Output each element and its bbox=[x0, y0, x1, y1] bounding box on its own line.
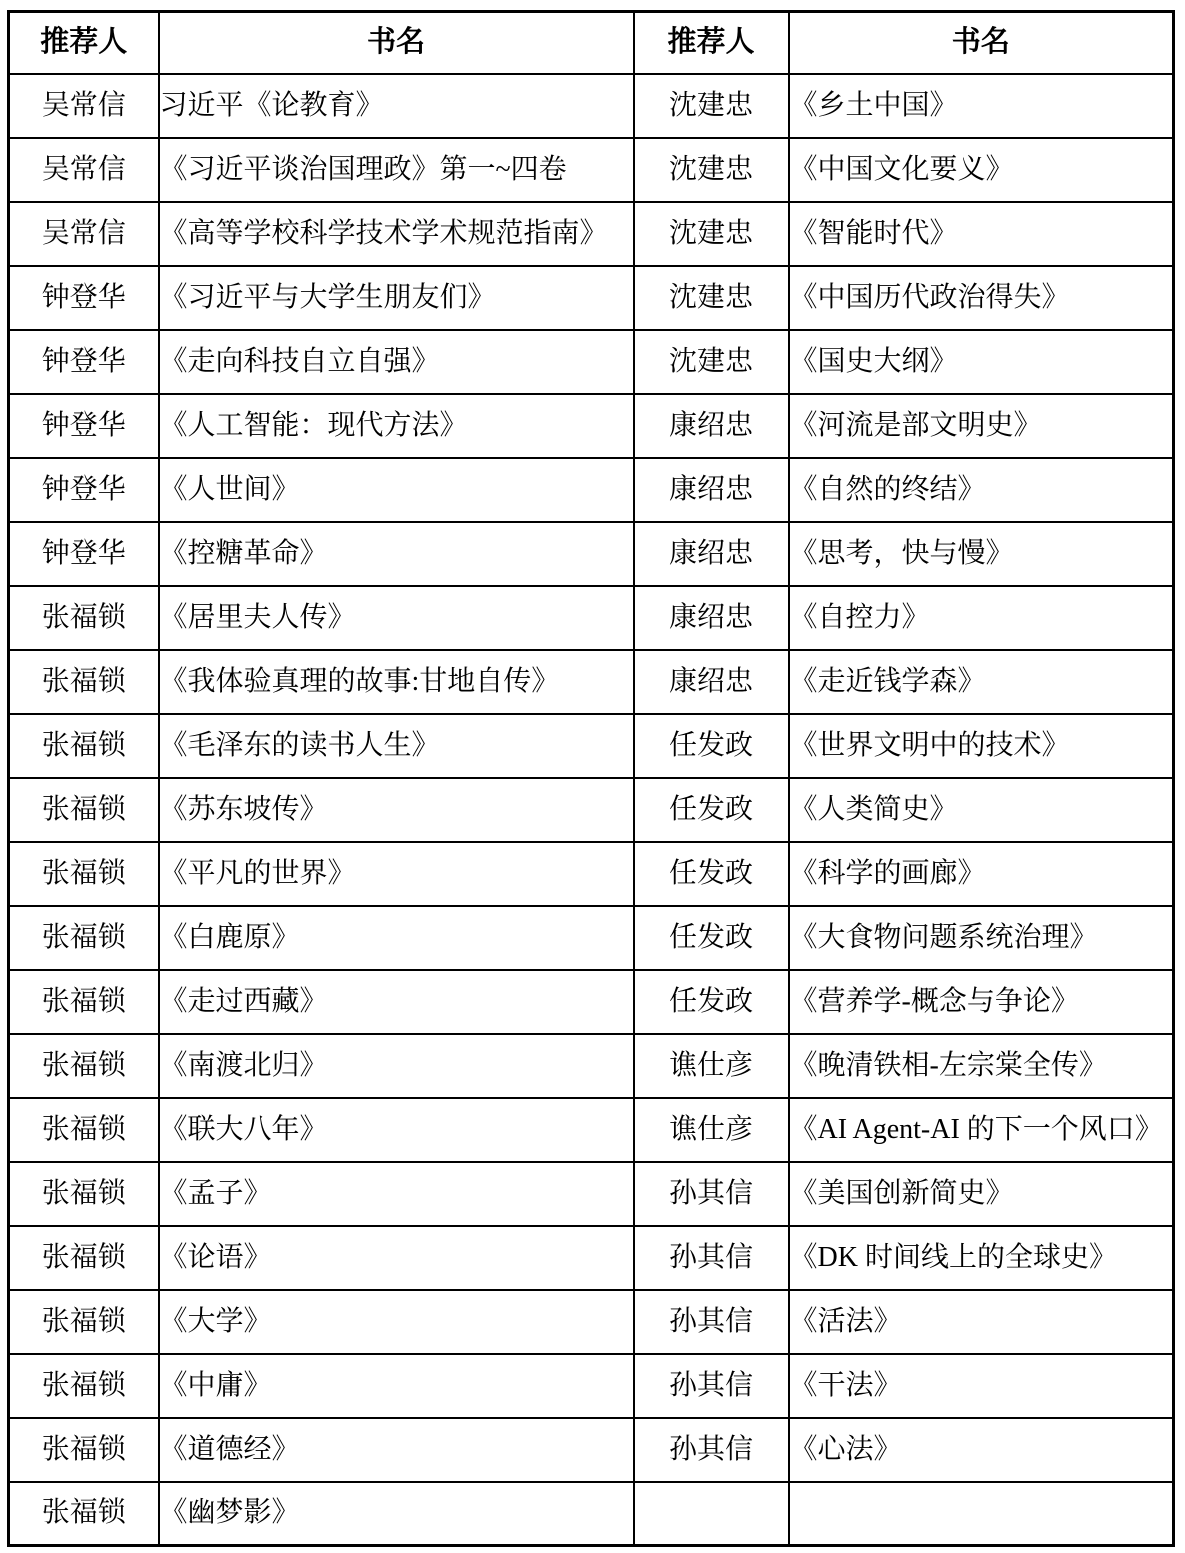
recommender-cell: 任发政 bbox=[634, 714, 789, 778]
book-title-cell: 《科学的画廊》 bbox=[789, 842, 1174, 906]
table-row: 张福锁《白鹿原》任发政《大食物问题系统治理》 bbox=[9, 906, 1174, 970]
table-row: 张福锁《中庸》孙其信《干法》 bbox=[9, 1354, 1174, 1418]
recommender-cell bbox=[634, 1482, 789, 1546]
book-title-cell: 《大学》 bbox=[159, 1290, 634, 1354]
table-row: 张福锁《走过西藏》任发政《营养学-概念与争论》 bbox=[9, 970, 1174, 1034]
book-title-cell: 《白鹿原》 bbox=[159, 906, 634, 970]
recommender-cell: 康绍忠 bbox=[634, 650, 789, 714]
recommender-cell: 康绍忠 bbox=[634, 586, 789, 650]
recommender-cell: 孙其信 bbox=[634, 1418, 789, 1482]
book-title-cell: 《居里夫人传》 bbox=[159, 586, 634, 650]
recommender-cell: 张福锁 bbox=[9, 1482, 159, 1546]
book-title-cell: 《晚清铁相-左宗棠全传》 bbox=[789, 1034, 1174, 1098]
recommender-cell: 张福锁 bbox=[9, 1418, 159, 1482]
book-title-cell: 习近平《论教育》 bbox=[159, 74, 634, 138]
recommender-cell: 张福锁 bbox=[9, 1034, 159, 1098]
book-title-cell: 《人世间》 bbox=[159, 458, 634, 522]
table-row: 吴常信《高等学校科学技术学术规范指南》沈建忠《智能时代》 bbox=[9, 202, 1174, 266]
book-title-cell: 《智能时代》 bbox=[789, 202, 1174, 266]
book-title-cell: 《毛泽东的读书人生》 bbox=[159, 714, 634, 778]
table-row: 钟登华《人工智能：现代方法》康绍忠《河流是部文明史》 bbox=[9, 394, 1174, 458]
book-title-cell: 《心法》 bbox=[789, 1418, 1174, 1482]
book-title-cell: 《控糖革命》 bbox=[159, 522, 634, 586]
book-title-cell: 《苏东坡传》 bbox=[159, 778, 634, 842]
recommender-cell: 谯仕彦 bbox=[634, 1034, 789, 1098]
book-title-cell: 《论语》 bbox=[159, 1226, 634, 1290]
book-title-cell: 《人类简史》 bbox=[789, 778, 1174, 842]
book-title-cell: 《中庸》 bbox=[159, 1354, 634, 1418]
book-title-cell: 《营养学-概念与争论》 bbox=[789, 970, 1174, 1034]
recommender-cell: 康绍忠 bbox=[634, 394, 789, 458]
recommender-cell: 张福锁 bbox=[9, 714, 159, 778]
book-title-cell: 《自然的终结》 bbox=[789, 458, 1174, 522]
book-title-cell: 《孟子》 bbox=[159, 1162, 634, 1226]
table-row: 张福锁《平凡的世界》任发政《科学的画廊》 bbox=[9, 842, 1174, 906]
recommender-cell: 张福锁 bbox=[9, 1290, 159, 1354]
recommender-cell: 孙其信 bbox=[634, 1226, 789, 1290]
book-title-cell: 《活法》 bbox=[789, 1290, 1174, 1354]
recommender-cell: 张福锁 bbox=[9, 1162, 159, 1226]
recommender-cell: 孙其信 bbox=[634, 1162, 789, 1226]
header-row: 推荐人 书名 推荐人 书名 bbox=[9, 12, 1174, 74]
recommender-cell: 任发政 bbox=[634, 970, 789, 1034]
recommender-cell: 沈建忠 bbox=[634, 138, 789, 202]
recommender-cell: 吴常信 bbox=[9, 74, 159, 138]
recommender-cell: 任发政 bbox=[634, 842, 789, 906]
recommender-cell: 张福锁 bbox=[9, 1226, 159, 1290]
table-row: 吴常信习近平《论教育》沈建忠《乡土中国》 bbox=[9, 74, 1174, 138]
book-title-cell: 《我体验真理的故事:甘地自传》 bbox=[159, 650, 634, 714]
table-row: 张福锁《道德经》孙其信《心法》 bbox=[9, 1418, 1174, 1482]
recommender-cell: 沈建忠 bbox=[634, 266, 789, 330]
book-title-cell: 《河流是部文明史》 bbox=[789, 394, 1174, 458]
header-recommender-right: 推荐人 bbox=[634, 12, 789, 74]
table-header: 推荐人 书名 推荐人 书名 bbox=[9, 12, 1174, 74]
table-row: 张福锁《南渡北归》谯仕彦《晚清铁相-左宗棠全传》 bbox=[9, 1034, 1174, 1098]
table-row: 张福锁《我体验真理的故事:甘地自传》康绍忠《走近钱学森》 bbox=[9, 650, 1174, 714]
book-title-cell: 《联大八年》 bbox=[159, 1098, 634, 1162]
book-title-cell: 《幽梦影》 bbox=[159, 1482, 634, 1546]
book-title-cell: 《走近钱学森》 bbox=[789, 650, 1174, 714]
recommender-cell: 张福锁 bbox=[9, 1354, 159, 1418]
recommender-cell: 钟登华 bbox=[9, 394, 159, 458]
recommender-cell: 张福锁 bbox=[9, 650, 159, 714]
table-row: 张福锁《幽梦影》 bbox=[9, 1482, 1174, 1546]
recommender-cell: 钟登华 bbox=[9, 266, 159, 330]
table-row: 张福锁《大学》孙其信《活法》 bbox=[9, 1290, 1174, 1354]
recommender-cell: 沈建忠 bbox=[634, 74, 789, 138]
recommender-cell: 孙其信 bbox=[634, 1290, 789, 1354]
header-book-title-left: 书名 bbox=[159, 12, 634, 74]
recommender-cell: 钟登华 bbox=[9, 458, 159, 522]
book-title-cell: 《思考，快与慢》 bbox=[789, 522, 1174, 586]
book-title-cell: 《乡土中国》 bbox=[789, 74, 1174, 138]
book-title-cell: 《走过西藏》 bbox=[159, 970, 634, 1034]
recommender-cell: 张福锁 bbox=[9, 842, 159, 906]
recommender-cell: 沈建忠 bbox=[634, 330, 789, 394]
recommender-cell: 钟登华 bbox=[9, 330, 159, 394]
recommender-cell: 张福锁 bbox=[9, 1098, 159, 1162]
recommender-cell: 吴常信 bbox=[9, 202, 159, 266]
book-title-cell: 《世界文明中的技术》 bbox=[789, 714, 1174, 778]
table-row: 张福锁《孟子》孙其信《美国创新简史》 bbox=[9, 1162, 1174, 1226]
book-title-cell: 《美国创新简史》 bbox=[789, 1162, 1174, 1226]
book-title-cell: 《中国历代政治得失》 bbox=[789, 266, 1174, 330]
book-title-cell: 《平凡的世界》 bbox=[159, 842, 634, 906]
table-row: 钟登华《习近平与大学生朋友们》沈建忠《中国历代政治得失》 bbox=[9, 266, 1174, 330]
recommender-cell: 康绍忠 bbox=[634, 458, 789, 522]
recommender-cell: 谯仕彦 bbox=[634, 1098, 789, 1162]
book-title-cell: 《自控力》 bbox=[789, 586, 1174, 650]
book-title-cell: 《走向科技自立自强》 bbox=[159, 330, 634, 394]
header-book-title-right: 书名 bbox=[789, 12, 1174, 74]
book-title-cell: 《习近平与大学生朋友们》 bbox=[159, 266, 634, 330]
book-title-cell bbox=[789, 1482, 1174, 1546]
book-title-cell: 《国史大纲》 bbox=[789, 330, 1174, 394]
recommender-cell: 钟登华 bbox=[9, 522, 159, 586]
table-row: 张福锁《联大八年》谯仕彦《AI Agent-AI 的下一个风口》 bbox=[9, 1098, 1174, 1162]
table-body: 吴常信习近平《论教育》沈建忠《乡土中国》吴常信《习近平谈治国理政》第一~四卷沈建… bbox=[9, 74, 1174, 1546]
table-row: 钟登华《控糖革命》康绍忠《思考，快与慢》 bbox=[9, 522, 1174, 586]
recommender-cell: 张福锁 bbox=[9, 586, 159, 650]
book-title-cell: 《高等学校科学技术学术规范指南》 bbox=[159, 202, 634, 266]
recommender-cell: 吴常信 bbox=[9, 138, 159, 202]
book-title-cell: 《习近平谈治国理政》第一~四卷 bbox=[159, 138, 634, 202]
recommender-cell: 任发政 bbox=[634, 778, 789, 842]
header-recommender-left: 推荐人 bbox=[9, 12, 159, 74]
recommender-cell: 张福锁 bbox=[9, 970, 159, 1034]
book-title-cell: 《人工智能：现代方法》 bbox=[159, 394, 634, 458]
table-row: 张福锁《苏东坡传》任发政《人类简史》 bbox=[9, 778, 1174, 842]
book-title-cell: 《中国文化要义》 bbox=[789, 138, 1174, 202]
book-title-cell: 《大食物问题系统治理》 bbox=[789, 906, 1174, 970]
table-row: 钟登华《走向科技自立自强》沈建忠《国史大纲》 bbox=[9, 330, 1174, 394]
table-row: 钟登华《人世间》康绍忠《自然的终结》 bbox=[9, 458, 1174, 522]
book-title-cell: 《DK 时间线上的全球史》 bbox=[789, 1226, 1174, 1290]
book-title-cell: 《AI Agent-AI 的下一个风口》 bbox=[789, 1098, 1174, 1162]
recommender-cell: 康绍忠 bbox=[634, 522, 789, 586]
table-row: 张福锁《论语》孙其信《DK 时间线上的全球史》 bbox=[9, 1226, 1174, 1290]
document-page: 推荐人 书名 推荐人 书名 吴常信习近平《论教育》沈建忠《乡土中国》吴常信《习近… bbox=[0, 0, 1185, 1553]
recommender-cell: 张福锁 bbox=[9, 906, 159, 970]
book-recommendation-table: 推荐人 书名 推荐人 书名 吴常信习近平《论教育》沈建忠《乡土中国》吴常信《习近… bbox=[7, 10, 1175, 1547]
recommender-cell: 孙其信 bbox=[634, 1354, 789, 1418]
book-title-cell: 《干法》 bbox=[789, 1354, 1174, 1418]
recommender-cell: 沈建忠 bbox=[634, 202, 789, 266]
recommender-cell: 任发政 bbox=[634, 906, 789, 970]
book-title-cell: 《南渡北归》 bbox=[159, 1034, 634, 1098]
recommender-cell: 张福锁 bbox=[9, 778, 159, 842]
book-title-cell: 《道德经》 bbox=[159, 1418, 634, 1482]
table-row: 张福锁《毛泽东的读书人生》任发政《世界文明中的技术》 bbox=[9, 714, 1174, 778]
table-row: 吴常信《习近平谈治国理政》第一~四卷沈建忠《中国文化要义》 bbox=[9, 138, 1174, 202]
table-row: 张福锁《居里夫人传》康绍忠《自控力》 bbox=[9, 586, 1174, 650]
